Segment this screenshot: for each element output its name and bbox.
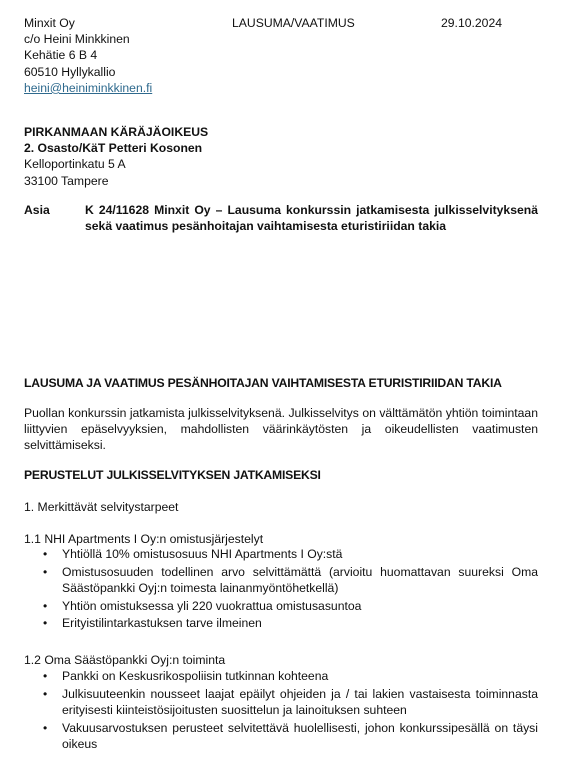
list-item: •Pankki on Keskusrikospoliisin tutkinnan… [24, 668, 538, 684]
list-item: •Yhtiöllä 10% omistusosuus NHI Apartment… [24, 546, 538, 562]
list-item-text: Vakuusarvostuksen perusteet selvitettävä… [62, 721, 538, 751]
list-item-text: Yhtiön omistuksessa yli 220 vuokrattua o… [62, 599, 361, 613]
grounds-heading: PERUSTELUT JULKISSELVITYKSEN JATKAMISEKS… [24, 467, 321, 483]
recipient-court: PIRKANMAAN KÄRÄJÄOIKEUS [24, 124, 208, 140]
sender-email-link[interactable]: heini@heiniminkkinen.fi [24, 81, 152, 95]
bullet-icon: • [43, 668, 47, 684]
recipient-address: PIRKANMAAN KÄRÄJÄOIKEUS 2. Osasto/KäT Pe… [24, 124, 208, 189]
list-item: •Vakuusarvostuksen perusteet selvitettäv… [24, 720, 538, 752]
section-1-2-list: •Pankki on Keskusrikospoliisin tutkinnan… [24, 668, 538, 754]
bullet-icon: • [43, 615, 47, 631]
list-item: •Omistusosuuden todellinen arvo selvittä… [24, 564, 538, 596]
document-type: LAUSUMA/VAATIMUS [232, 15, 355, 31]
bullet-icon: • [43, 598, 47, 614]
section-1-1-title: 1.1 NHI Apartments I Oy:n omistusjärjest… [24, 531, 263, 547]
bullet-icon: • [43, 564, 47, 580]
recipient-street: Kelloportinkatu 5 A [24, 156, 208, 172]
section-1-2-title: 1.2 Oma Säästöpankki Oyj:n toiminta [24, 652, 225, 668]
sender-city: 60510 Hyllykallio [24, 64, 152, 80]
sender-name: Minxit Oy [24, 15, 152, 31]
list-item: •Yhtiön omistuksessa yli 220 vuokrattua … [24, 598, 538, 614]
bullet-icon: • [43, 686, 47, 702]
section-1-title: 1. Merkittävät selvitystarpeet [24, 499, 178, 515]
bullet-icon: • [43, 546, 47, 562]
sender-street: Kehätie 6 B 4 [24, 47, 152, 63]
recipient-department: 2. Osasto/KäT Petteri Kosonen [24, 140, 208, 156]
subject-text: K 24/11628 Minxit Oy – Lausuma konkurssi… [85, 202, 538, 234]
section-1-1-list: •Yhtiöllä 10% omistusosuus NHI Apartment… [24, 546, 538, 633]
subject-label: Asia [24, 202, 50, 218]
document-date: 29.10.2024 [441, 15, 502, 31]
list-item: •Julkisuuteenkin nousseet laajat epäilyt… [24, 686, 538, 718]
recipient-city: 33100 Tampere [24, 173, 208, 189]
list-item-text: Omistusosuuden todellinen arvo selvittäm… [62, 565, 538, 595]
list-item-text: Erityistilintarkastuksen tarve ilmeinen [62, 616, 262, 630]
statement-heading: LAUSUMA JA VAATIMUS PESÄNHOITAJAN VAIHTA… [24, 375, 502, 391]
list-item: •Erityistilintarkastuksen tarve ilmeinen [24, 615, 538, 631]
list-item-text: Pankki on Keskusrikospoliisin tutkinnan … [62, 669, 328, 683]
bullet-icon: • [43, 720, 47, 736]
sender-address: Minxit Oy c/o Heini Minkkinen Kehätie 6 … [24, 15, 152, 96]
list-item-text: Julkisuuteenkin nousseet laajat epäilyt … [62, 687, 538, 717]
list-item-text: Yhtiöllä 10% omistusosuus NHI Apartments… [62, 547, 342, 561]
sender-care-of: c/o Heini Minkkinen [24, 31, 152, 47]
intro-paragraph: Puollan konkurssin jatkamista julkisselv… [24, 405, 538, 454]
